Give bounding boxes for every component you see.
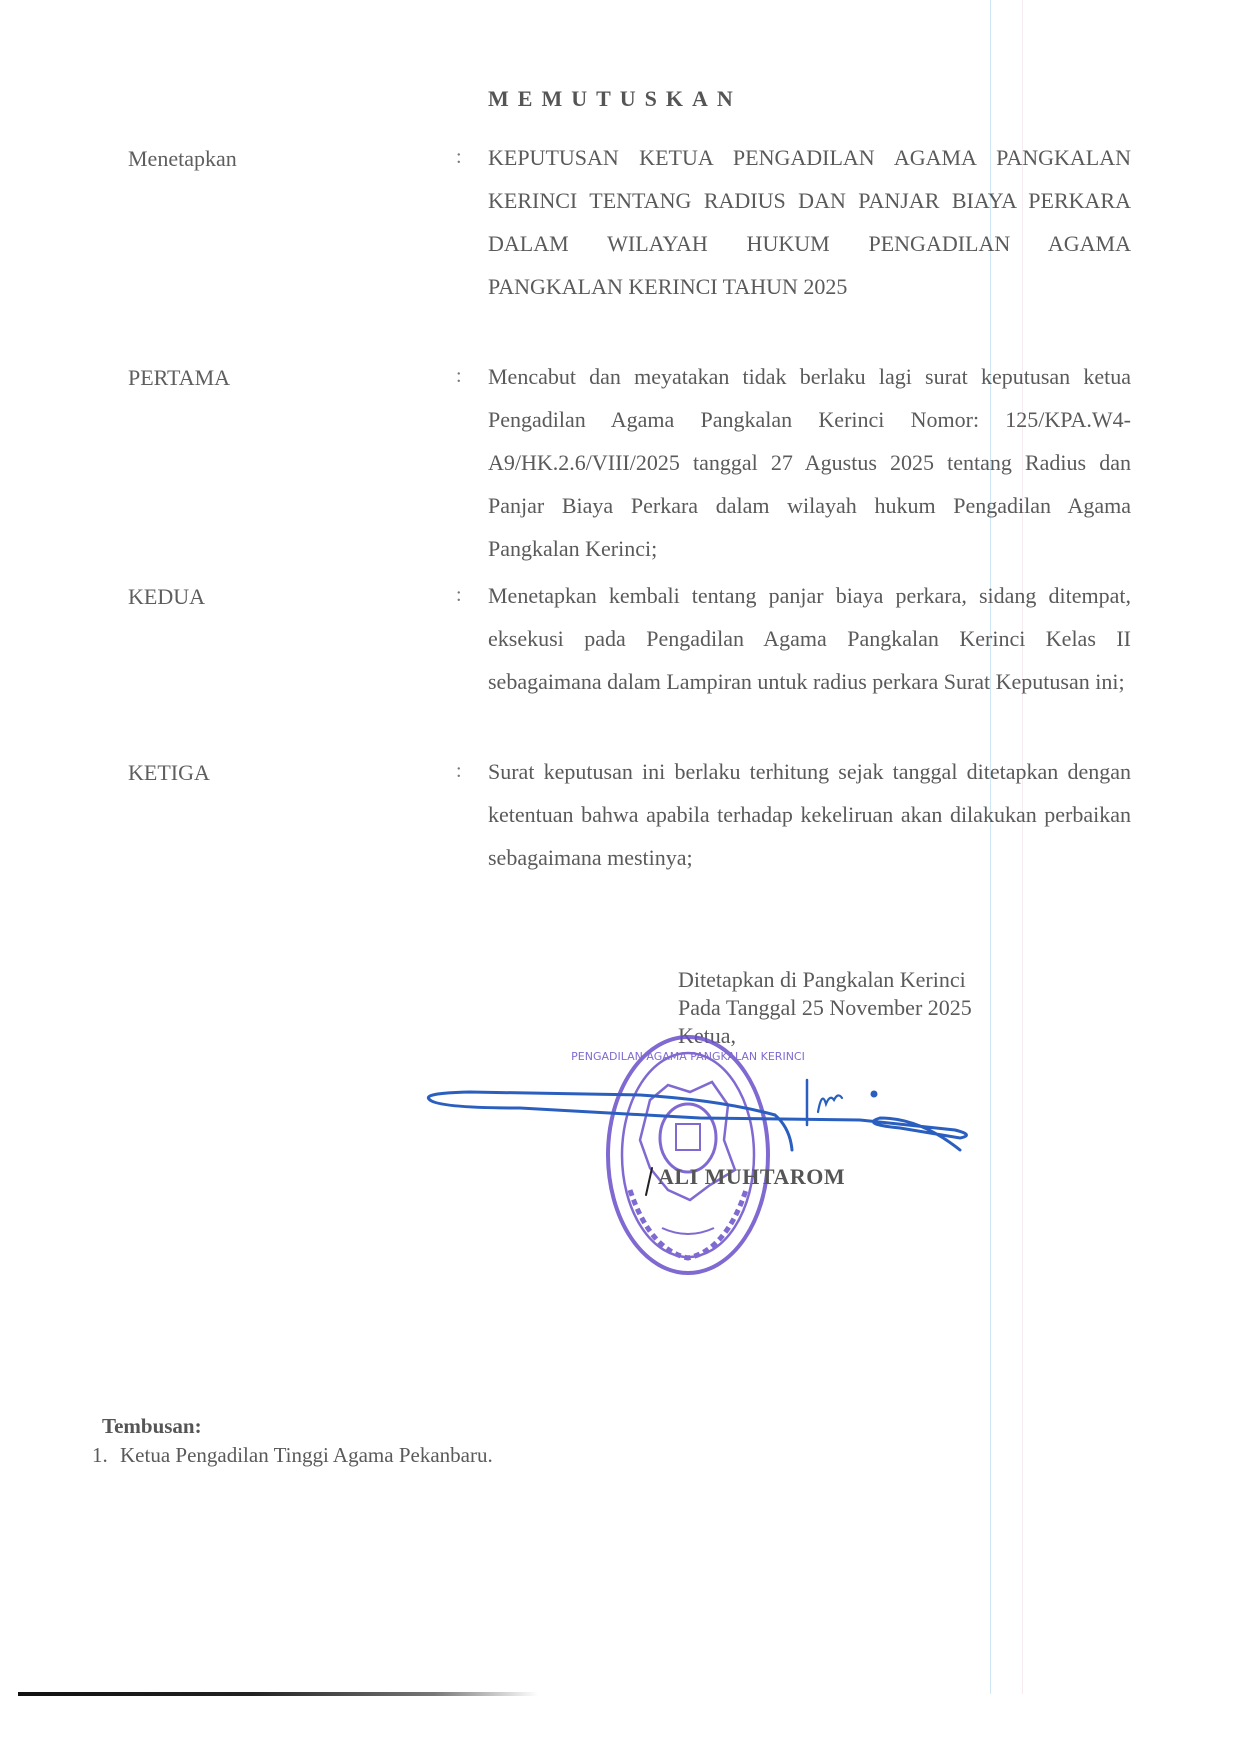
svg-text:PENGADILAN AGAMA PANGKALAN KER: PENGADILAN AGAMA PANGKALAN KERINCI (571, 1050, 805, 1063)
signatory-name: ALI MUHTAROM (658, 1164, 845, 1190)
stamp-and-signature: PENGADILAN AGAMA PANGKALAN KERINCI (0, 0, 1239, 1754)
official-stamp-icon: PENGADILAN AGAMA PANGKALAN KERINCI (571, 1037, 805, 1273)
carbon-copy-text: Ketua Pengadilan Tinggi Agama Pekanbaru. (120, 1443, 493, 1467)
carbon-copy-item: 1.Ketua Pengadilan Tinggi Agama Pekanbar… (92, 1443, 493, 1468)
carbon-copy-title: Tembusan: (102, 1414, 202, 1439)
footer-rule (18, 1692, 538, 1696)
carbon-copy-number: 1. (92, 1443, 120, 1468)
